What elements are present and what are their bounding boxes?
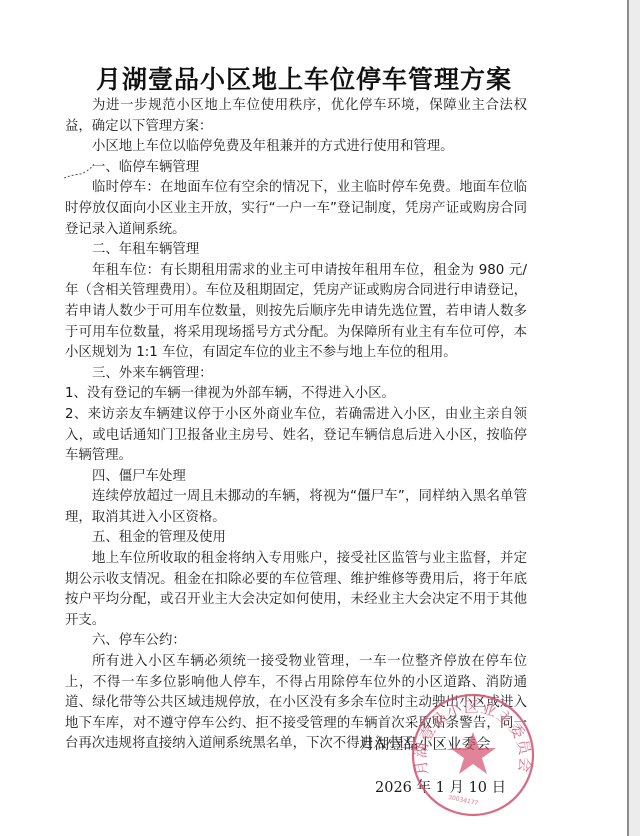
- page-edge-strip: [629, 0, 640, 836]
- section-paragraph: 地上车位所收取的租金将纳入专用账户，接受社区监管与业主监督，并定期公示收支情况。…: [65, 549, 527, 631]
- section-list-item: 1、没有登记的车辆一律视为外部车辆，不得进入小区。: [65, 384, 527, 405]
- section-list-item: 2、来访亲友车辆建议停于小区外商业车位，若确需进入小区，由业主亲自领入，或电话通…: [65, 405, 527, 467]
- section-heading: 二、年租车辆管理: [65, 240, 527, 261]
- section-heading: 五、租金的管理及使用: [65, 528, 527, 549]
- document-body: 为进一步规范小区地上车位使用秩序，优化停车环境，保障业主合法权益，确定以下管理方…: [65, 96, 527, 755]
- section-paragraph: 临时停车：在地面车位有空余的情况下，业主临时停车免费。地面车位临时停放仅面向小区…: [65, 178, 527, 240]
- document-page: 月湖壹品小区地上车位停车管理方案 为进一步规范小区地上车位使用秩序，优化停车环境…: [0, 0, 628, 836]
- document-title: 月湖壹品小区地上车位停车管理方案: [96, 60, 506, 96]
- section-paragraph: 连续停放超过一周且未挪动的车辆，将视为“僵尸车”，同样纳入黑名单管理，取消其进入…: [65, 487, 527, 528]
- document-date: 2026 年 1 月 10 日: [375, 776, 506, 797]
- section-heading: 一、临停车辆管理: [65, 158, 527, 179]
- section-heading: 六、停车公约：: [65, 631, 527, 652]
- signature: 月湖壹品小区业委会: [360, 733, 491, 754]
- section-heading: 四、僵尸车处理: [65, 467, 527, 488]
- section-paragraph: 年租车位：有长期租用需求的业主可申请按年租用车位，租金为 980 元/年（含相关…: [65, 261, 527, 364]
- intro-paragraph: 小区地上车位以临停免费及年租兼并的方式进行使用和管理。: [65, 137, 527, 158]
- section-heading: 三、外来车辆管理：: [65, 364, 527, 385]
- intro-paragraph: 为进一步规范小区地上车位使用秩序，优化停车环境，保障业主合法权益，确定以下管理方…: [65, 96, 527, 137]
